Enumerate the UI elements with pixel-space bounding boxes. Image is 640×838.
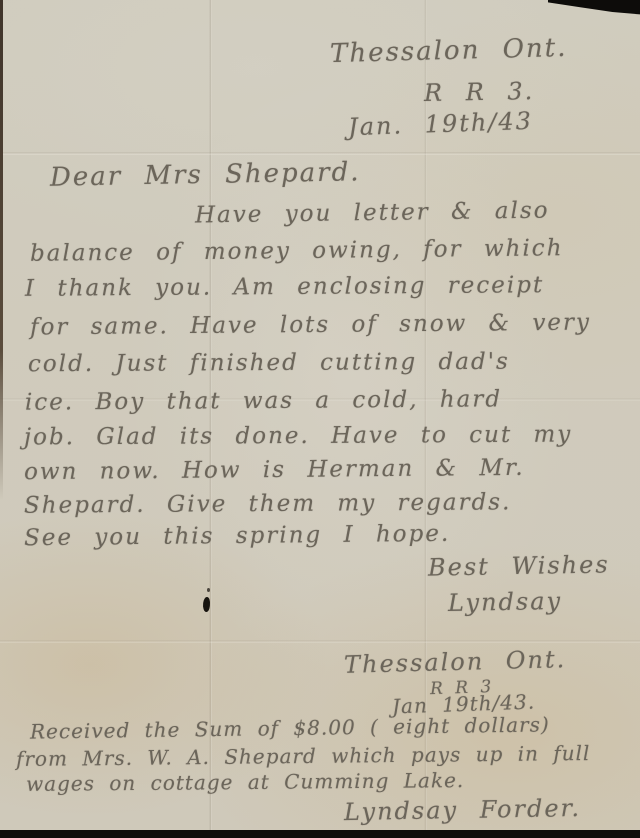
letter-body-line: own now. How is Herman & Mr.: [24, 455, 525, 485]
horizontal-fold-crease: [0, 152, 640, 155]
letter-body-line: cold. Just finished cutting dad's: [28, 349, 510, 378]
salutation: Dear Mrs Shepard.: [50, 157, 361, 192]
letter-body-line: for same. Have lots of snow & very: [30, 310, 591, 341]
letter-heading-place: Thessalon Ont.: [330, 33, 568, 69]
paper-edge-shadow: [0, 0, 3, 500]
letter-body-line: I thank you. Am enclosing receipt: [25, 272, 544, 302]
letter-body-line: ice. Boy that was a cold, hard: [25, 386, 502, 415]
horizontal-fold-crease: [0, 640, 640, 643]
scanner-background-corner: [548, 0, 640, 16]
letter-body-line: See you this spring I hope.: [24, 521, 450, 551]
receipt-line: Received the Sum of $8.00 ( eight dollar…: [30, 712, 550, 743]
letter-body-line: Shepard. Give them my regards.: [24, 489, 512, 518]
scanner-background-strip: [0, 830, 640, 838]
letter-heading-date: Jan. 19th/43: [348, 107, 534, 141]
letter-closing: Best Wishes: [428, 550, 610, 581]
letter-body-line: Have you letter & also: [195, 198, 550, 229]
receipt-line: from Mrs. W. A. Shepard which pays up in…: [16, 741, 591, 771]
scanned-letter-image: Thessalon Ont. R R 3. Jan. 19th/43 Dear …: [0, 0, 640, 838]
letter-paper: Thessalon Ont. R R 3. Jan. 19th/43 Dear …: [0, 0, 640, 831]
receipt-heading-place: Thessalon Ont.: [344, 645, 567, 679]
letter-heading-route: R R 3.: [424, 77, 535, 107]
receipt-signature: Lyndsay Forder.: [344, 794, 581, 826]
letter-body-line: balance of money owing, for which: [30, 235, 564, 267]
vertical-fold-crease: [209, 0, 212, 831]
ink-speck: [207, 588, 210, 592]
receipt-line: wages on cottage at Cumming Lake.: [26, 768, 464, 796]
letter-signature: Lyndsay: [448, 587, 563, 617]
letter-body-line: job. Glad its done. Have to cut my: [24, 422, 572, 451]
